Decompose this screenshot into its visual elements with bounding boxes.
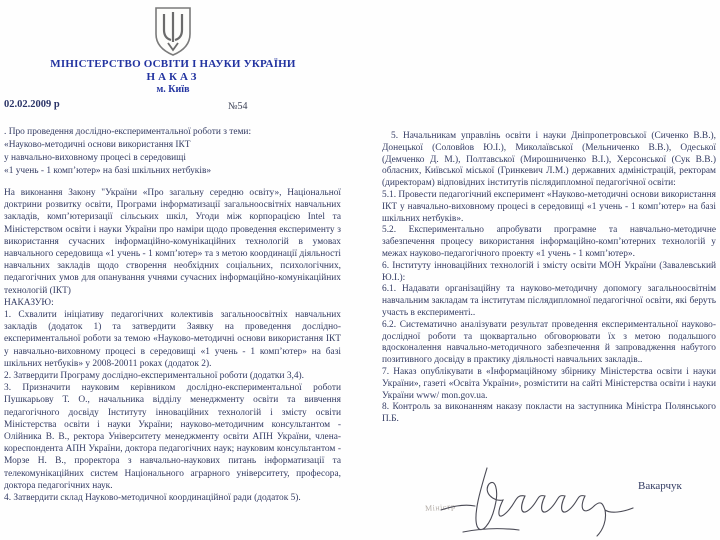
signatory-name: Вакарчук <box>638 480 682 492</box>
subject-line: «Науково-методичні основи використання І… <box>4 139 341 152</box>
order-city: м. Київ <box>0 84 346 95</box>
order-date: 02.02.2009 р <box>4 99 60 110</box>
order-verb: НАКАЗУЮ: <box>4 297 341 309</box>
subject-line: у навчально-виховному процесі в середови… <box>4 152 341 165</box>
signature-scribble-icon <box>435 464 640 540</box>
order-item-5-1: 5.1. Провести педагогічний експеримент «… <box>382 190 716 225</box>
subject-line: . Про проведення дослідно-експерименталь… <box>4 126 341 139</box>
order-item-7: 7. Наказ опублікувати в «Інформаційному … <box>382 367 716 402</box>
document-header: МІНІСТЕРСТВО ОСВІТИ І НАУКИ УКРАЇНИ НАКА… <box>0 58 346 95</box>
order-item-1: 1. Схвалити ініціативу педагогічних коле… <box>4 309 341 370</box>
order-item-4: 4. Затвердити склад Науково-методичної к… <box>4 492 341 504</box>
signature-block: Міністр Вакарчук <box>380 458 716 540</box>
order-subject: . Про проведення дослідно-експерименталь… <box>4 126 341 178</box>
order-item-8: 8. Контроль за виконанням наказу покласт… <box>382 402 716 426</box>
order-type-title: НАКАЗ <box>0 71 346 83</box>
right-column: 5. Начальникам управлінь освіти і науки … <box>382 131 716 426</box>
order-item-5: 5. Начальникам управлінь освіти і науки … <box>382 131 716 190</box>
order-item-3: 3. Призначити науковим керівником дослід… <box>4 382 341 492</box>
subject-line: «1 учень - 1 комп’ютер» на базі шкільних… <box>4 165 341 178</box>
left-column: . Про проведення дослідно-експерименталь… <box>4 126 341 504</box>
order-item-2: 2. Затвердити Програму дослідно-експерим… <box>4 370 341 382</box>
order-item-6: 6. Інституту інноваційних технологій і з… <box>382 261 716 285</box>
order-item-6-2: 6.2. Систематично аналізувати результат … <box>382 320 716 367</box>
ukraine-trident-icon <box>147 6 199 58</box>
preamble-paragraph: На виконання Закону "України «Про загаль… <box>4 187 341 297</box>
ministry-title: МІНІСТЕРСТВО ОСВІТИ І НАУКИ УКРАЇНИ <box>0 58 346 70</box>
order-item-5-2: 5.2. Експериментально апробувати програм… <box>382 225 716 260</box>
order-document: МІНІСТЕРСТВО ОСВІТИ І НАУКИ УКРАЇНИ НАКА… <box>0 0 720 540</box>
order-number: №54 <box>228 101 248 112</box>
order-item-6-1: 6.1. Надавати організаційну та науково-м… <box>382 284 716 319</box>
